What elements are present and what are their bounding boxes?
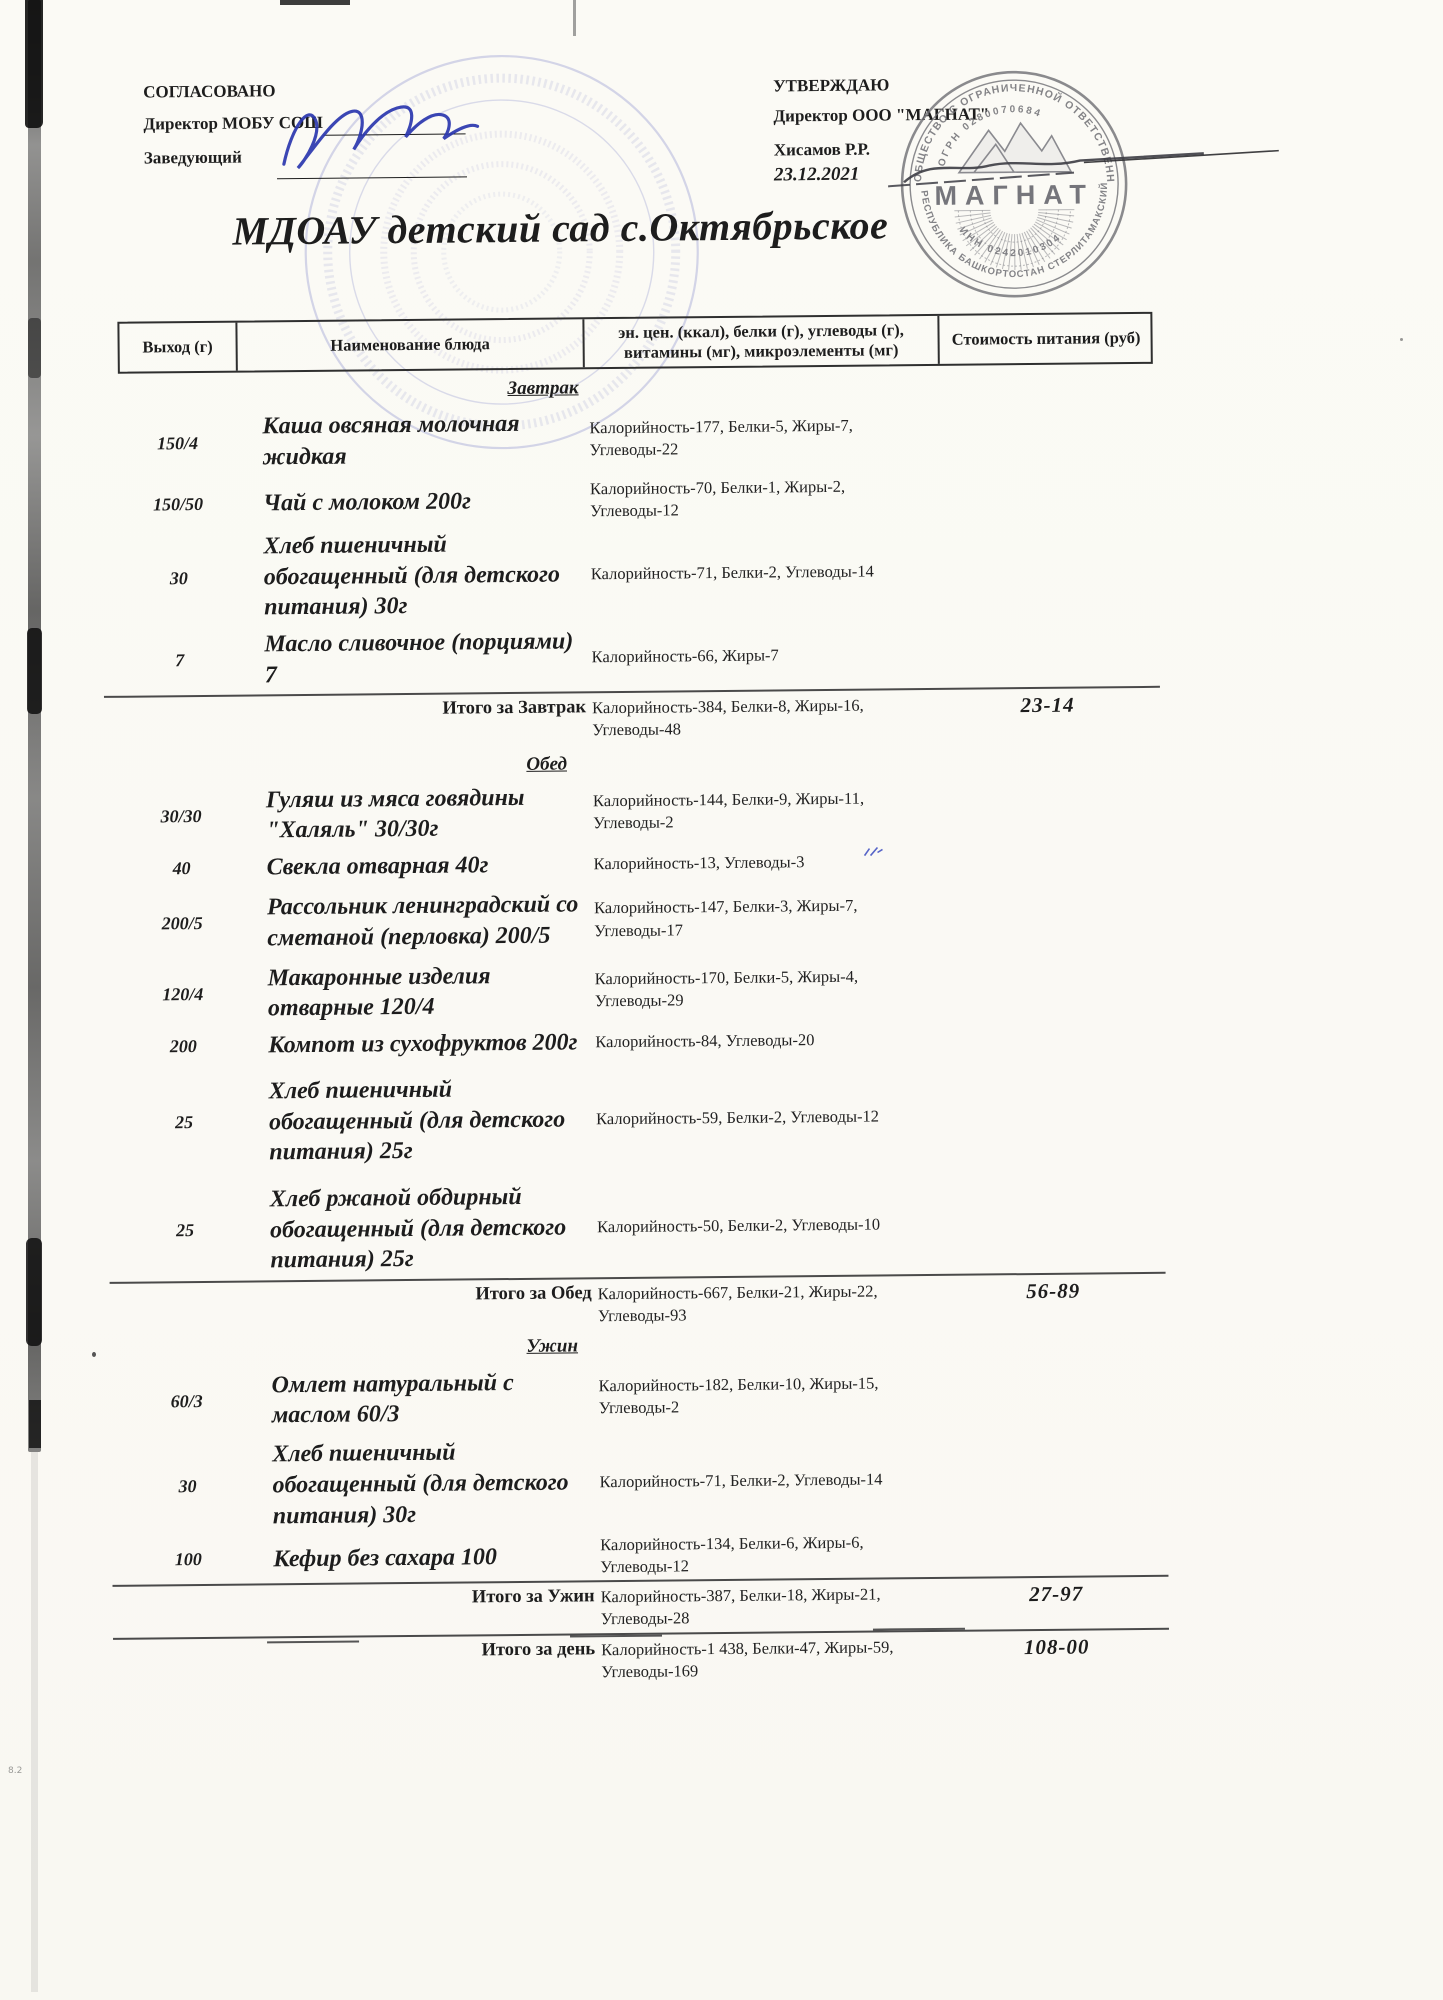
day-total-label: Итого за день [130,1635,595,1690]
portion-size: 7 [120,627,239,696]
day-total-cost: 108-00 [950,1629,1163,1682]
total-cost: 27-97 [949,1577,1162,1630]
nutrition-info: Калорийность-71, Белки-2, Углеводы-14 [593,1430,949,1532]
total-row-day: Итого за день Калорийность-1 438, Белки-… [130,1629,1165,1689]
dish-name: Кефир без сахара 100 [247,1532,594,1584]
dish-name: Хлеб пшеничный обогащенный (для детского… [237,525,585,626]
speck [92,1352,96,1357]
total-row-breakfast: Итого за Завтрак Калорийность-384, Белки… [121,687,1156,753]
page-title: МДОАУ детский сад с.Октябрьское [232,201,888,254]
portion-size: 150/50 [119,479,237,530]
day-total-nutrition: Калорийность-1 438, Белки-47, Жиры-59, У… [595,1632,950,1686]
nutrition-info: Калорийность-144, Белки-9, Жиры-11, Угле… [587,775,943,846]
dish-name: Рассольник ленинградский со сметаной (пе… [241,883,589,960]
speck [1400,338,1403,341]
table-row: 25 Хлеб ржаной обдирный обогащенный (для… [126,1172,1162,1282]
total-cost: 56-89 [947,1274,1160,1327]
scan-mark-top [280,0,350,5]
dish-name: Макаронные изделия отварные 120/4 [242,957,590,1028]
dish-name: Компот из сухофруктов 200г [242,1024,589,1064]
dish-name: Хлеб пшеничный обогащенный (для детского… [243,1061,591,1180]
dish-name: Хлеб пшеничный обогащенный (для детского… [246,1434,594,1535]
table-row: 30 Хлеб пшеничный обогащенный (для детск… [119,520,1155,628]
col-header-output: Выход (г) [119,323,237,372]
portion-size: 120/4 [124,960,243,1029]
approval-left-title: СОГЛАСОВАНО [143,82,276,100]
scan-mark-top [573,0,576,36]
approver-name: Хисамов Р.Р. [774,141,870,159]
dish-name: Чай с молоком 200г [237,475,584,528]
nutrition-info: Калорийность-147, Белки-3, Жиры-7, Углев… [588,880,944,957]
dish-name: Гуляш из мяса говядины "Халяль" 30/30г [240,779,588,850]
nutrition-info: Калорийность-177, Белки-5, Жиры-7, Углев… [583,400,939,475]
portion-size: 200/5 [123,886,242,961]
menu-table: Выход (г) Наименование блюда эн. цен. (к… [117,312,1165,1690]
total-label: Итого за Обед [127,1279,592,1334]
dish-name: Хлеб ржаной обдирный обогащенный (для де… [244,1177,592,1280]
table-row: 30/30 Гуляш из мяса говядины "Халяль" 30… [122,773,1158,850]
scan-blot [26,1238,42,1346]
nutrition-info: Калорийность-66, Жиры-7 [585,620,941,691]
total-nutrition: Калорийность-384, Белки-8, Жиры-16, Угле… [586,689,942,748]
portion-size: 60/3 [127,1365,246,1438]
portion-size: 30/30 [122,782,241,851]
total-cost: 23-14 [941,687,1155,745]
table-row: 120/4 Макаронные изделия отварные 120/4 … [124,952,1160,1029]
total-label: Итого за Ужин [130,1582,595,1637]
nutrition-info: Калорийность-71, Белки-2, Углеводы-14 [584,522,940,624]
scan-edge-strip-faint [31,1452,38,1992]
scan-edge-strip [28,0,41,1452]
scan-blot [29,1400,41,1448]
total-row-lunch: Итого за Обед Калорийность-667, Белки-21… [127,1274,1162,1334]
table-row: 150/4 Каша овсяная молочная жидкая Калор… [118,398,1154,480]
table-row: 25 Хлеб пшеничный обогащенный (для детск… [125,1056,1161,1182]
scanned-page: СОГЛАСОВАНО Директор МОБУ СОШ Заведующий… [0,0,1443,2000]
scan-blot [25,0,43,128]
portion-size: 40 [122,850,240,888]
nutrition-info: Калорийность-59, Белки-2, Углеводы-12 [590,1058,946,1177]
signature-khisamov [873,112,1294,216]
dish-name: Омлет натуральный с маслом 60/3 [245,1362,593,1437]
col-header-dish: Наименование блюда [237,319,584,370]
nutrition-info: Калорийность-50, Белки-2, Углеводы-10 [591,1174,947,1277]
nutrition-info: Калорийность-70, Белки-1, Жиры-2, Углево… [584,472,939,525]
dish-name: Каша овсяная молочная жидкая [236,403,584,478]
total-nutrition: Калорийность-667, Белки-21, Жиры-22, Угл… [592,1276,947,1330]
scan-blot [27,628,42,714]
nutrition-info: Калорийность-182, Белки-10, Жиры-15, Угл… [592,1358,948,1433]
portion-size: 30 [119,529,238,628]
table-row: 30 Хлеб пшеничный обогащенный (для детск… [128,1428,1164,1536]
total-nutrition: Калорийность-387, Белки-18, Жиры-21, Угл… [595,1579,950,1633]
nutrition-info: Калорийность-170, Белки-5, Жиры-4, Углев… [589,954,945,1025]
portion-size: 100 [129,1535,247,1585]
dish-name: Масло сливочное (порциями) 7 [238,623,586,694]
approval-date: 23.12.2021 [774,165,860,185]
ink-mark [862,844,884,858]
table-row: 60/3 Омлет натуральный с маслом 60/3 Кал… [127,1356,1163,1438]
signature-zaveduyushchiy [263,84,504,196]
table-row: 7 Масло сливочное (порциями) 7 Калорийно… [120,618,1156,695]
portion-size: 200 [124,1028,242,1066]
margin-note: 8.2 [8,1766,22,1776]
portion-size: 25 [125,1065,244,1182]
scan-blot [28,318,41,378]
portion-size: 25 [126,1181,245,1282]
portion-size: 30 [128,1437,247,1536]
approval-left-role2: Заведующий [144,149,242,167]
dish-name: Свекла отварная 40г [240,846,587,886]
nutrition-info: Калорийность-13, Углеводы-3 [587,843,942,883]
total-label: Итого за Завтрак [121,693,587,753]
portion-size: 150/4 [118,407,237,480]
nutrition-info: Калорийность-84, Углеводы-20 [589,1021,944,1061]
table-row: 200/5 Рассольник ленинградский со сметан… [123,878,1159,962]
total-row-dinner: Итого за Ужин Калорийность-387, Белки-18… [130,1577,1165,1637]
nutrition-info: Калорийность-134, Белки-6, Жиры-6, Углев… [594,1528,949,1580]
